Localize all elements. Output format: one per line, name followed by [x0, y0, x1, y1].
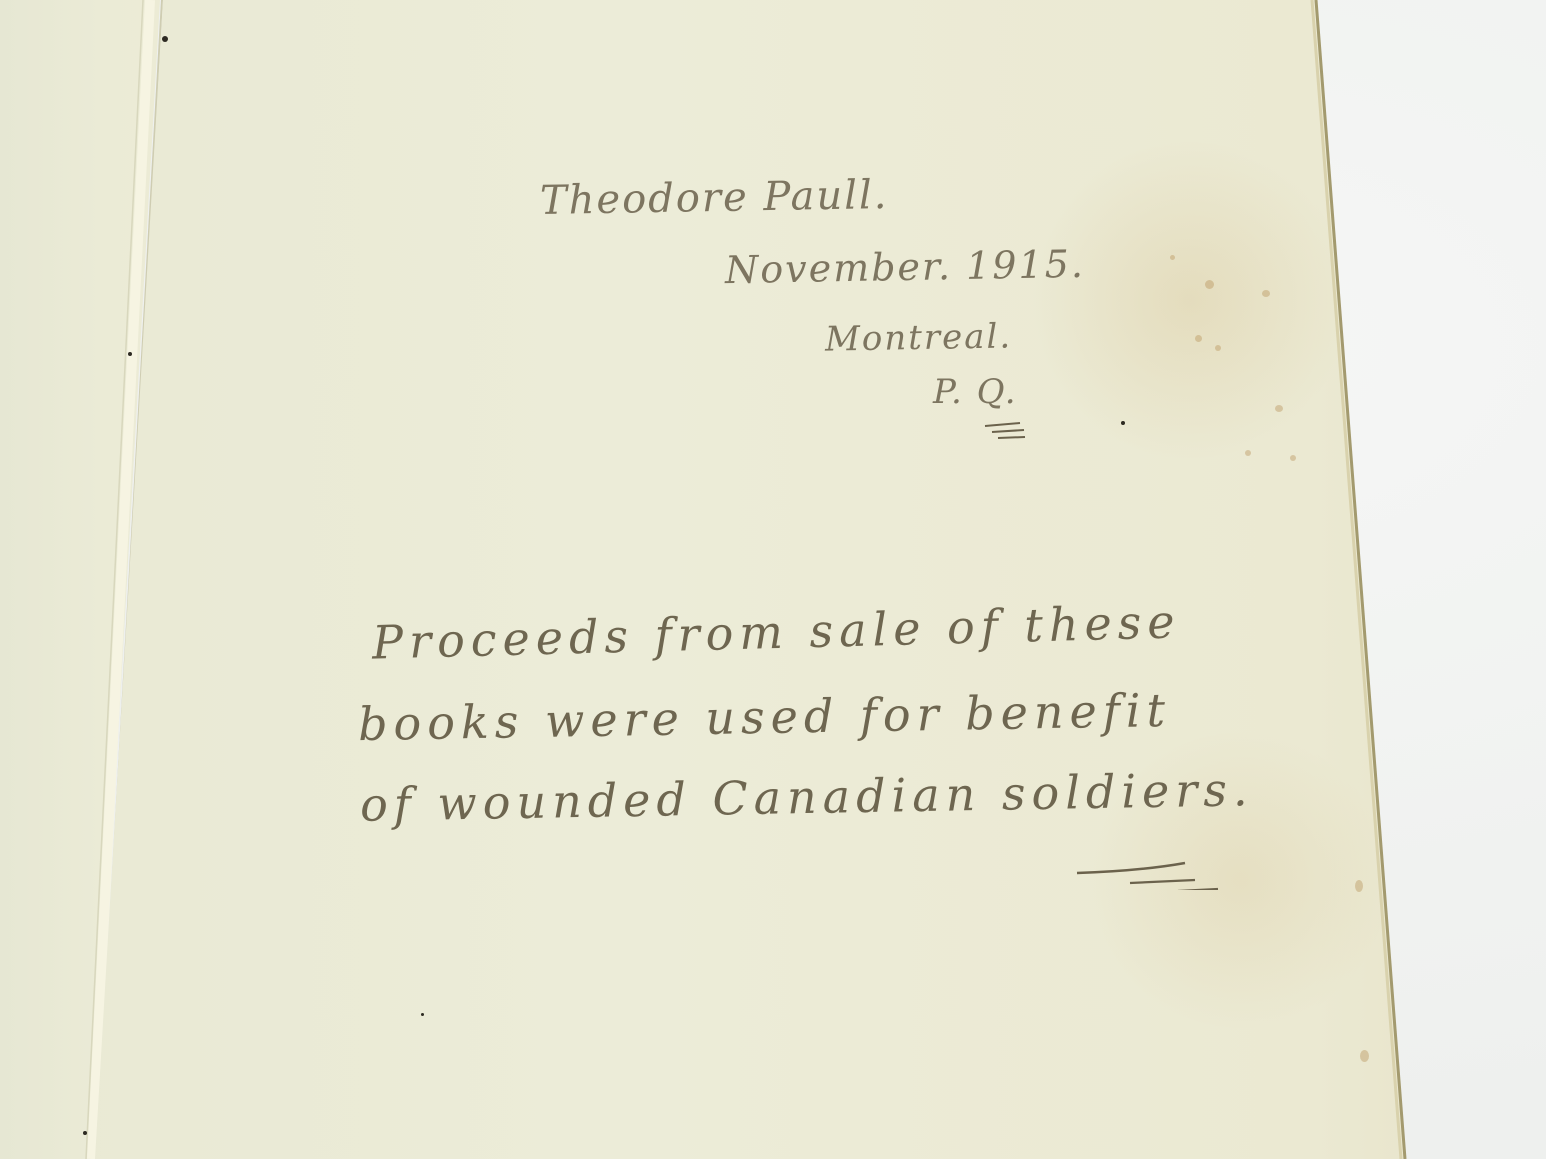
- foxing-spot: [1355, 880, 1363, 892]
- paper-speck: [83, 1131, 87, 1135]
- triple-underline-mark: [980, 420, 1030, 444]
- book-photo: Theodore Paull. November. 1915. Montreal…: [0, 0, 1546, 1159]
- foxing-spot: [1215, 345, 1221, 351]
- foxing-spot: [1262, 290, 1270, 297]
- paper-speck: [1121, 421, 1125, 425]
- foxing-spot: [1245, 450, 1251, 456]
- foxing-spot: [1290, 455, 1296, 461]
- foxing-spot: [1275, 405, 1283, 412]
- inscription-province: P. Q.: [933, 372, 1018, 412]
- inscription-name: Theodore Paull.: [540, 172, 889, 224]
- paper-speck: [162, 36, 168, 42]
- foxing-spot: [1360, 1050, 1369, 1062]
- double-underline-mark: [1070, 845, 1220, 890]
- foxing-spot: [1170, 255, 1175, 260]
- paper-speck: [128, 352, 132, 356]
- inscription-date: November. 1915.: [725, 242, 1086, 292]
- foxing-spot: [1195, 335, 1202, 342]
- inscription-city: Montreal.: [825, 316, 1013, 359]
- foxing-spot: [1205, 280, 1214, 289]
- paper-speck: [421, 1013, 424, 1016]
